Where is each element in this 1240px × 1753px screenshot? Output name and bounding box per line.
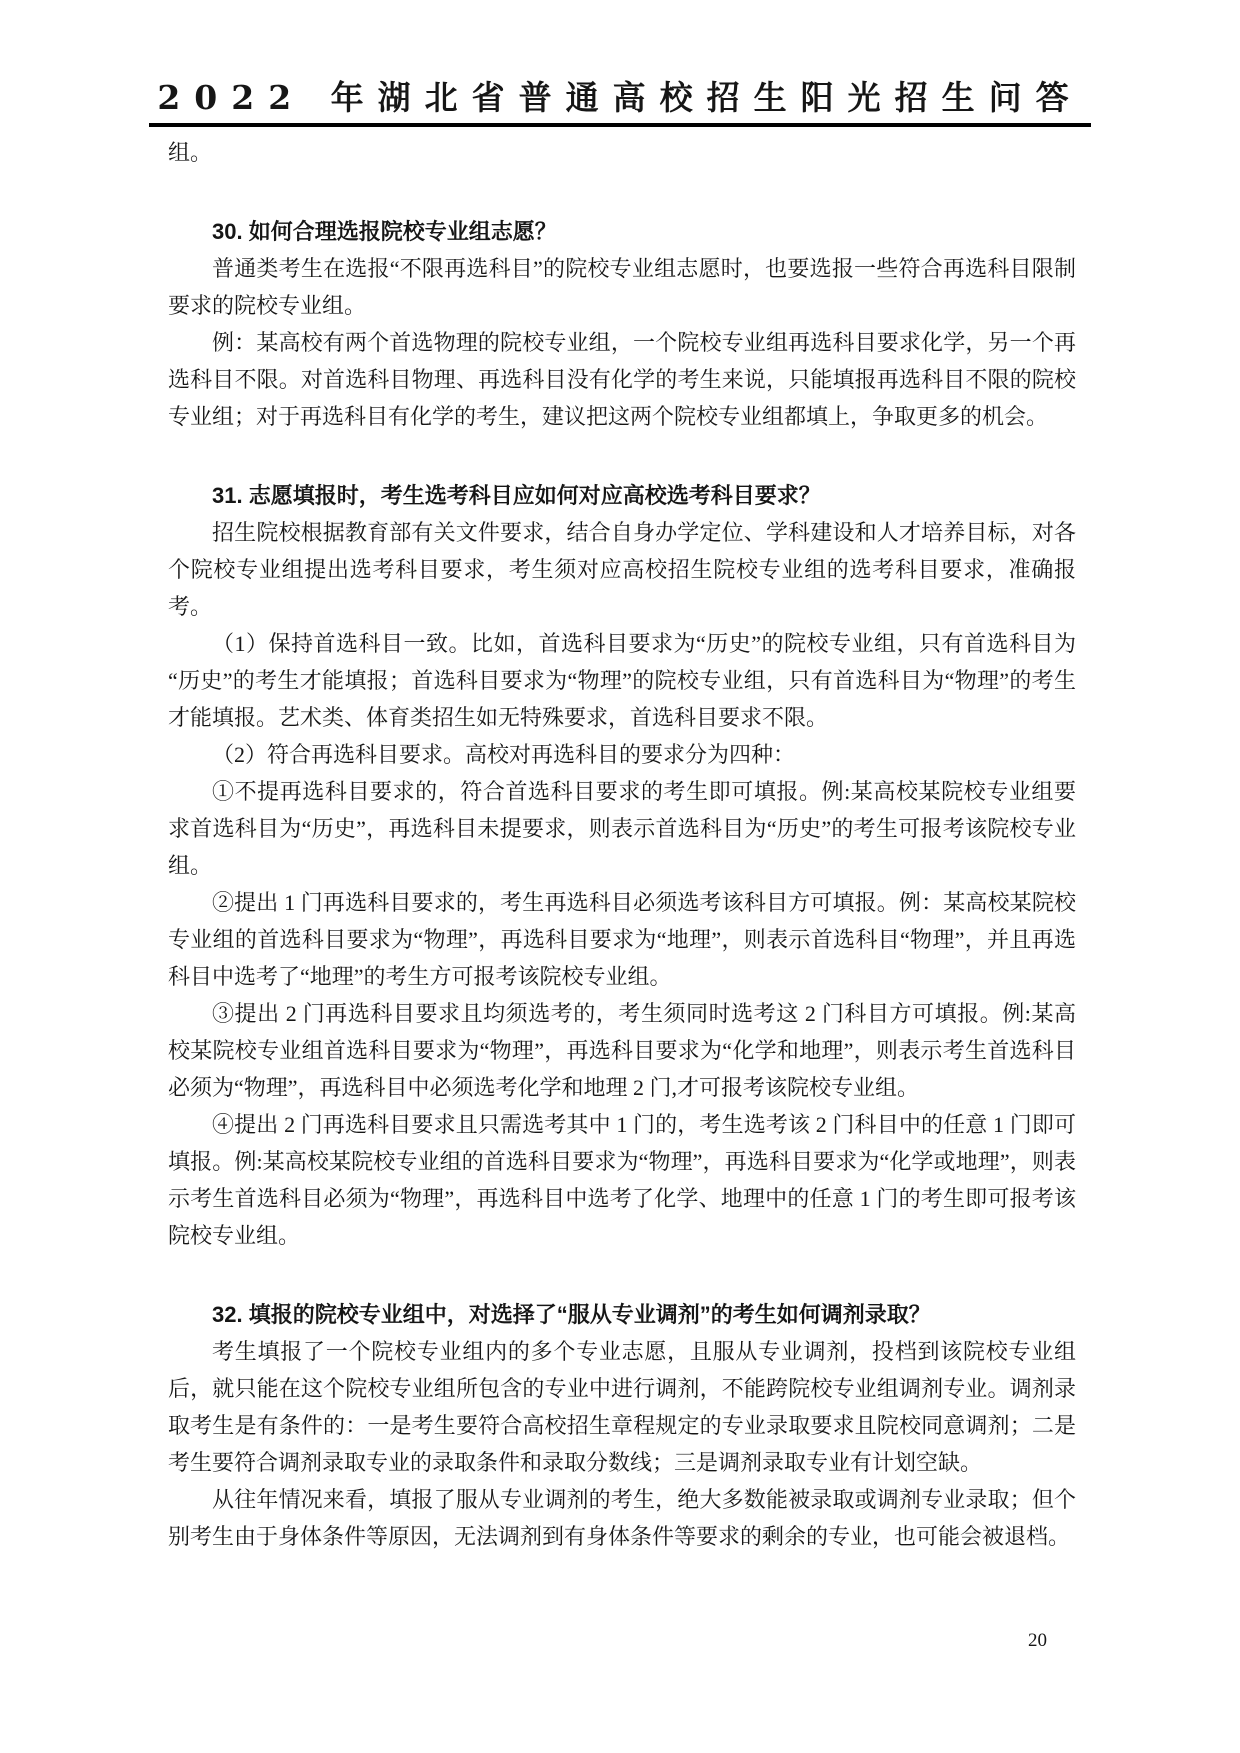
document-title: 2022 年湖北省普通高校招生阳光招生问答	[149, 80, 1090, 127]
question-30-paragraph-1: 普通类考生在选报“不限再选科目”的院校专业组志愿时，也要选报一些符合再选科目限制…	[168, 250, 1076, 324]
continuation-paragraph: 组。	[168, 134, 1076, 171]
question-32-heading: 32. 填报的院校专业组中，对选择了“服从专业调剂”的考生如何调剂录取？	[168, 1296, 1076, 1333]
question-32-paragraph-2: 从往年情况来看，填报了服从专业调剂的考生，绝大多数能被录取或调剂专业录取；但个别…	[168, 1481, 1076, 1555]
question-31-item-3: ③提出 2 门再选科目要求且均须选考的，考生须同时选考这 2 门科目方可填报。例…	[168, 995, 1076, 1106]
question-31-heading: 31. 志愿填报时，考生选考科目应如何对应高校选考科目要求？	[168, 477, 1076, 514]
question-31-item-2: ②提出 1 门再选科目要求的，考生再选科目必须选考该科目方可填报。例：某高校某院…	[168, 884, 1076, 995]
question-31-item-4: ④提出 2 门再选科目要求且只需选考其中 1 门的，考生选考该 2 门科目中的任…	[168, 1106, 1076, 1254]
page-number: 20	[1028, 1630, 1047, 1652]
question-31-item-1: ①不提再选科目要求的，符合首选科目要求的考生即可填报。例:某高校某院校专业组要求…	[168, 773, 1076, 884]
question-30-paragraph-2: 例：某高校有两个首选物理的院校专业组，一个院校专业组再选科目要求化学，另一个再选…	[168, 324, 1076, 435]
document-body: 组。 30. 如何合理选报院校专业组志愿？ 普通类考生在选报“不限再选科目”的院…	[0, 127, 1240, 1555]
question-31-paragraph-3: （2）符合再选科目要求。高校对再选科目的要求分为四种：	[168, 736, 1076, 773]
question-30-heading: 30. 如何合理选报院校专业组志愿？	[168, 213, 1076, 250]
question-32-paragraph-1: 考生填报了一个院校专业组内的多个专业志愿，且服从专业调剂，投档到该院校专业组后，…	[168, 1333, 1076, 1481]
question-31-paragraph-1: 招生院校根据教育部有关文件要求，结合自身办学定位、学科建设和人才培养目标，对各个…	[168, 514, 1076, 625]
question-31-paragraph-2: （1）保持首选科目一致。比如，首选科目要求为“历史”的院校专业组，只有首选科目为…	[168, 625, 1076, 736]
